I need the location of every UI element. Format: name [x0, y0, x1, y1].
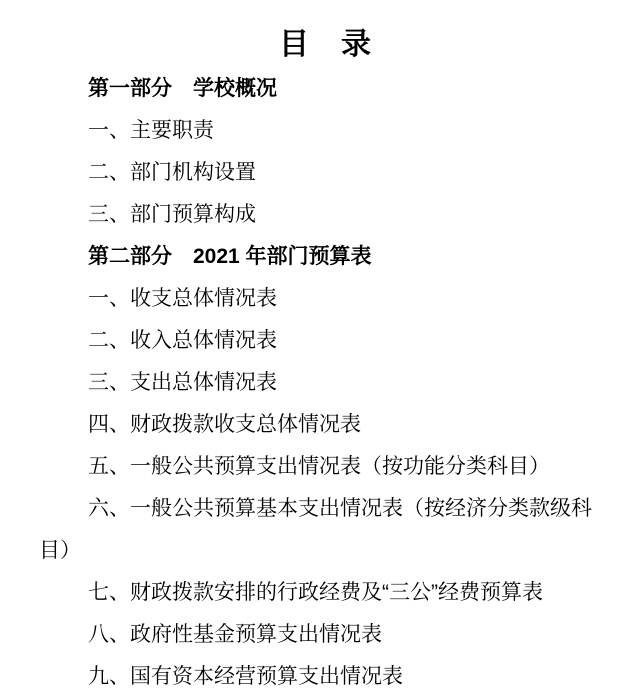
toc-section-heading-part2: 第二部分 2021 年部门预算表 [39, 236, 612, 278]
toc-entry: 八、政府性基金预算支出情况表 [39, 614, 612, 656]
toc-entry: 一、主要职责 [39, 110, 612, 152]
toc-section-heading-part1: 第一部分 学校概况 [39, 68, 612, 110]
toc-entry: 四、财政拨款收支总体情况表 [39, 404, 612, 446]
toc-entry: 三、部门预算构成 [39, 194, 612, 236]
toc-entry: 七、财政拨款安排的行政经费及“三公”经费预算表 [39, 572, 612, 614]
toc-content: 目 录 第一部分 学校概况 一、主要职责 二、部门机构设置 三、部门预算构成 第… [39, 22, 612, 690]
toc-entry: 二、收入总体情况表 [39, 320, 612, 362]
toc-entry: 五、一般公共预算支出情况表（按功能分类科目） [39, 446, 612, 488]
toc-entry: 三、支出总体情况表 [39, 362, 612, 404]
toc-entry: 六、一般公共预算基本支出情况表（按经济分类款级科目） [39, 488, 612, 572]
toc-entry: 一、收支总体情况表 [39, 278, 612, 320]
document-page: 目 录 第一部分 学校概况 一、主要职责 二、部门机构设置 三、部门预算构成 第… [0, 0, 626, 690]
page-title: 目 录 [39, 22, 612, 68]
toc-entry: 二、部门机构设置 [39, 152, 612, 194]
toc-entry: 九、国有资本经营预算支出情况表 [39, 656, 612, 690]
